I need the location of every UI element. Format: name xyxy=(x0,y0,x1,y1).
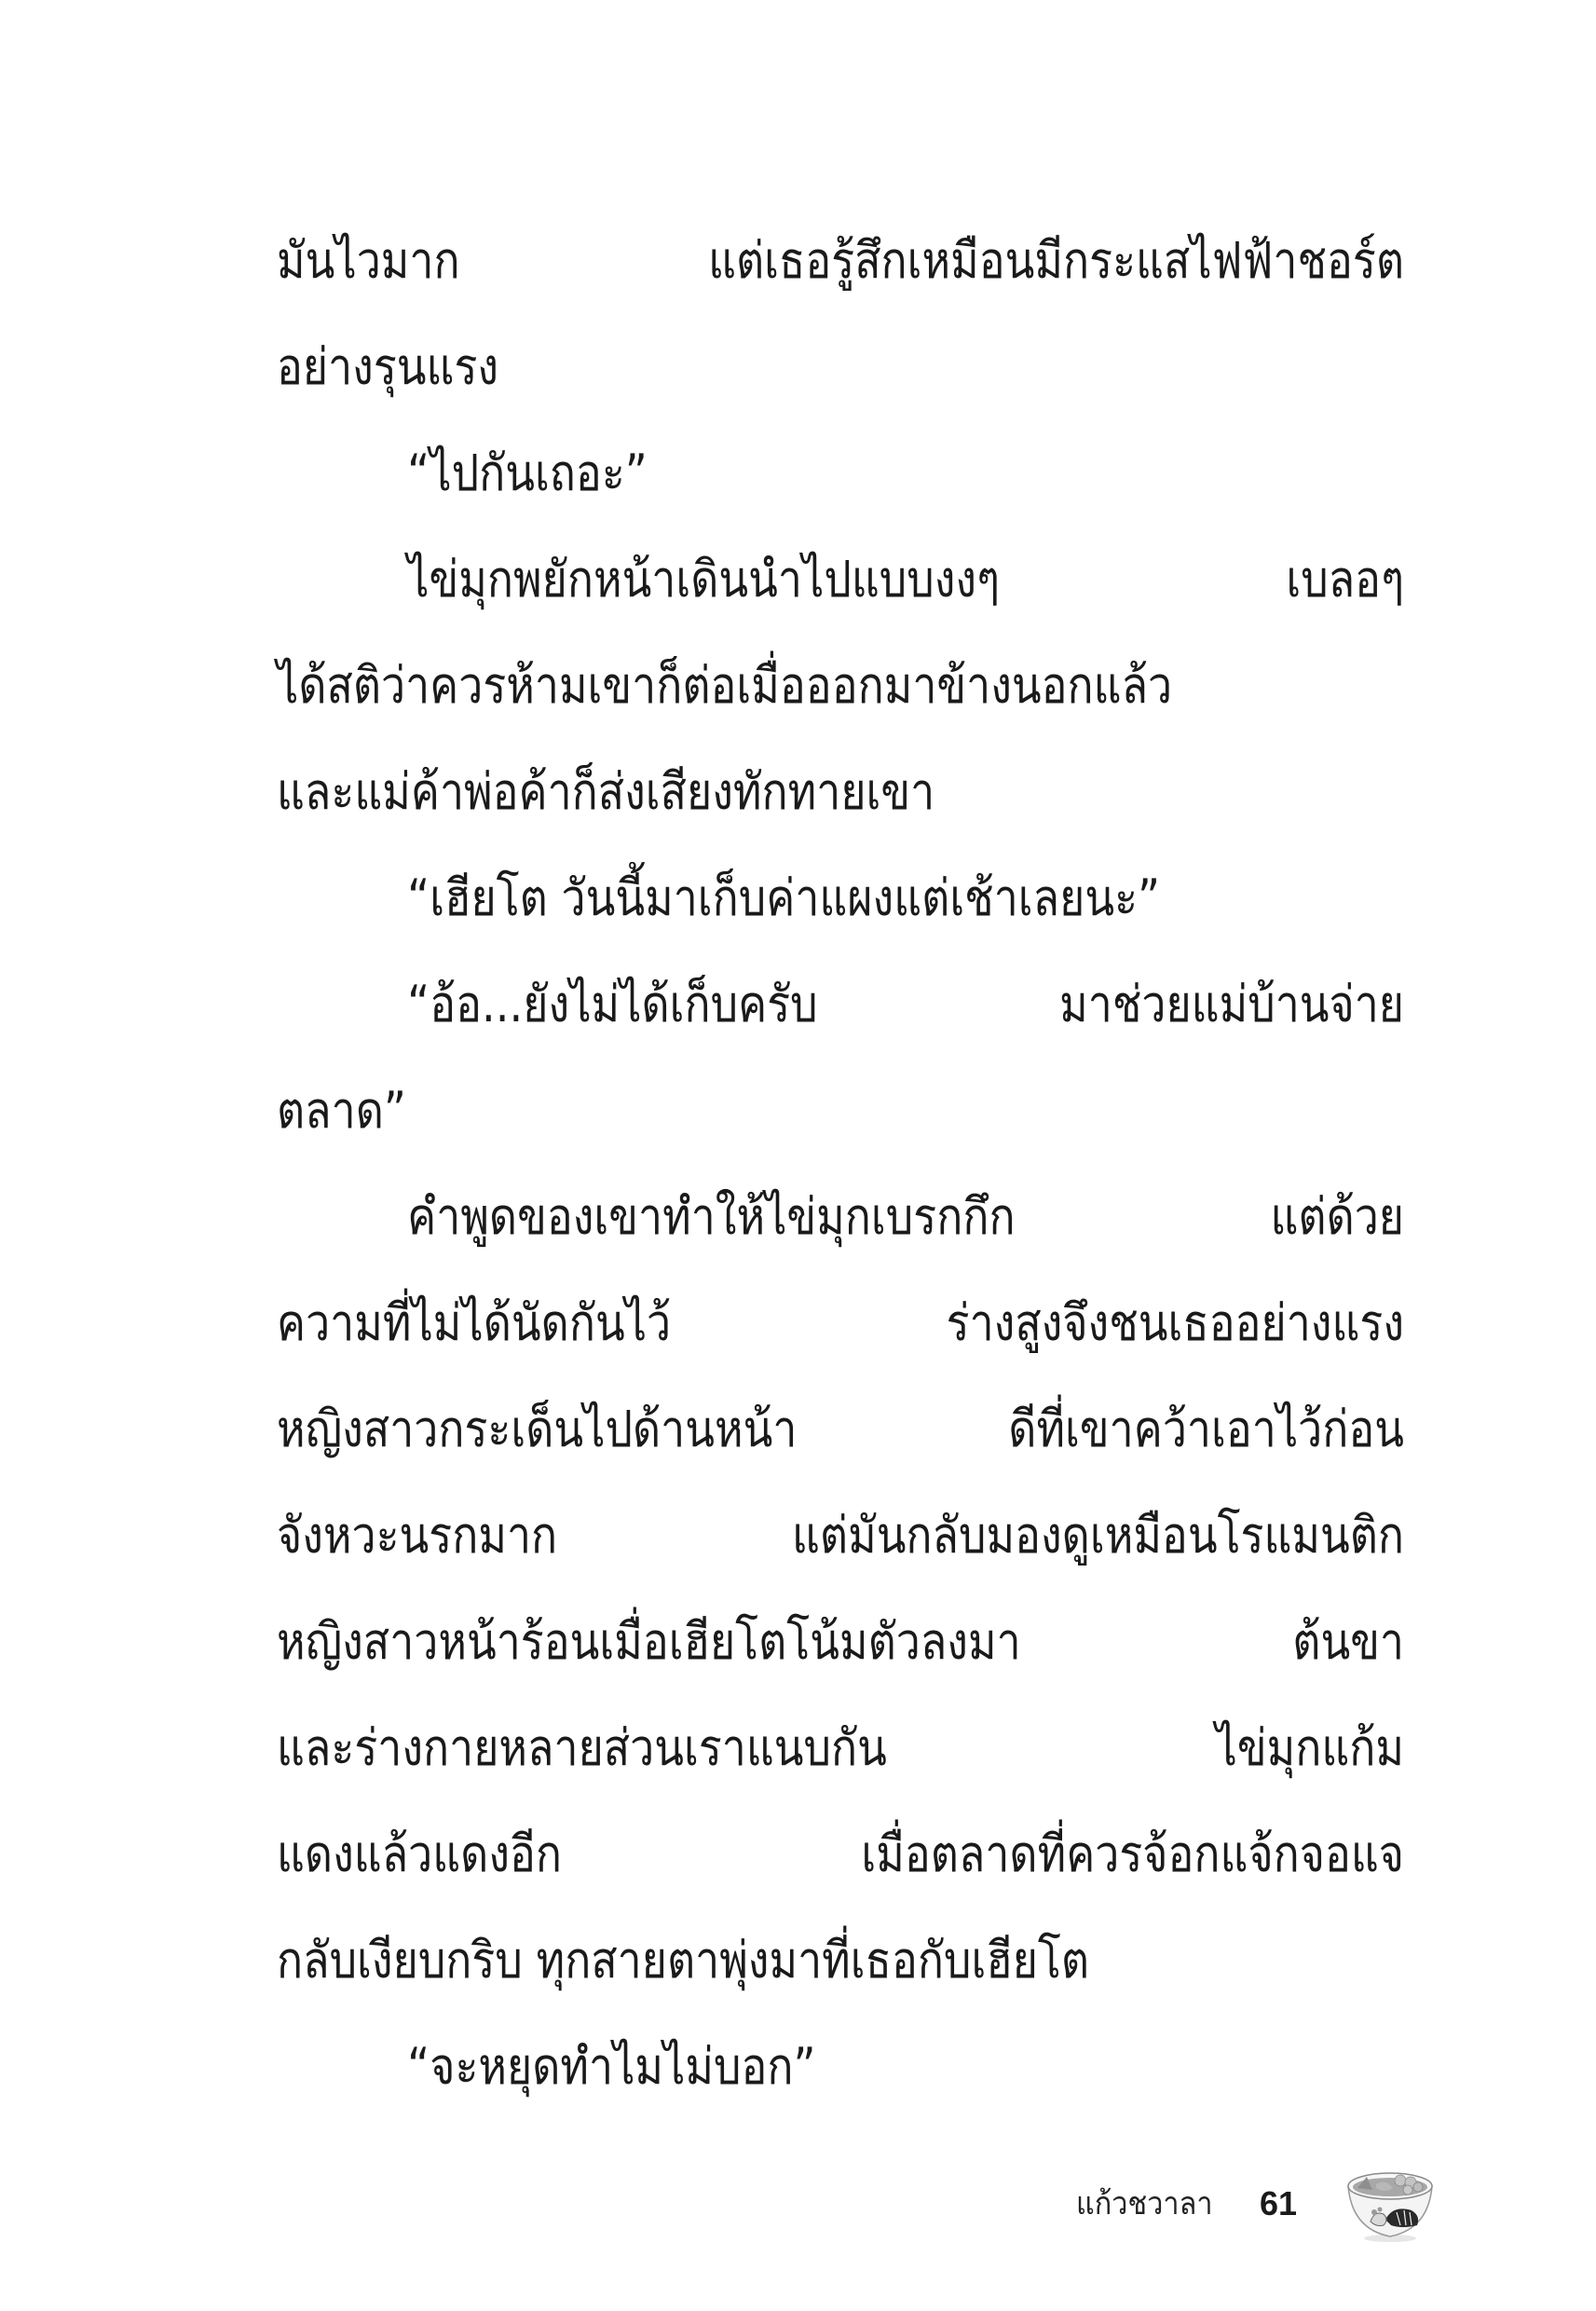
text-line: กลับเงียบกริบ ทุกสายตาพุ่งมาที่เธอกับเฮี… xyxy=(277,1908,1247,2014)
text-line: “อ้อ...ยังไม่ได้เก็บครับ มาช่วยแม่บ้านจ่… xyxy=(277,951,1404,1058)
text-line: ได้สติว่าควรห้ามเขาก็ต่อเมื่อออกมาข้างนอ… xyxy=(277,633,1404,739)
text-line: “ไปกันเถอะ” xyxy=(277,420,1247,526)
text-line: แดงแล้วแดงอีก เมื่อตลาดที่ควรจ้อกแจ้กจอแ… xyxy=(277,1801,1404,1908)
running-footer-title: แก้วชวาลา xyxy=(1076,2185,1213,2222)
text-line: ไข่มุกพยักหน้าเดินนำไปแบบงงๆ เบลอๆ xyxy=(277,526,1404,633)
text-line: จังหวะนรกมาก แต่มันกลับมองดูเหมือนโรแมนต… xyxy=(277,1483,1404,1589)
text-line: “จะหยุดทำไมไม่บอก” xyxy=(277,2014,1247,2120)
text-line: มันไวมาก แต่เธอรู้สึกเหมือนมีกระแสไฟฟ้าช… xyxy=(277,208,1404,314)
text-line: และแม่ค้าพ่อค้าก็ส่งเสียงทักทายเขา xyxy=(277,739,1247,845)
text-line: อย่างรุนแรง xyxy=(277,314,1247,420)
text-line: และร่างกายหลายส่วนเราแนบกัน ไข่มุกแก้ม xyxy=(277,1695,1404,1801)
text-line: หญิงสาวหน้าร้อนเมื่อเฮียโตโน้มตัวลงมา ต้… xyxy=(277,1589,1404,1695)
text-line: ตลาด” xyxy=(277,1058,1247,1164)
text-line: ความที่ไม่ได้นัดกันไว้ ร่างสูงจึงชนเธออย… xyxy=(277,1270,1404,1376)
rooster-bowl-icon xyxy=(1344,2164,1436,2244)
book-page: มันไวมาก แต่เธอรู้สึกเหมือนมีกระแสไฟฟ้าช… xyxy=(0,0,1596,2311)
text-line: หญิงสาวกระเด็นไปด้านหน้า ดีที่เขาคว้าเอา… xyxy=(277,1376,1404,1483)
page-number: 61 xyxy=(1260,2185,1297,2222)
text-line: “เฮียโต วันนี้มาเก็บค่าแผงแต่เช้าเลยนะ” xyxy=(277,845,1247,951)
text-line: คำพูดของเขาทำให้ไข่มุกเบรกกึก แต่ด้วย xyxy=(277,1164,1404,1270)
